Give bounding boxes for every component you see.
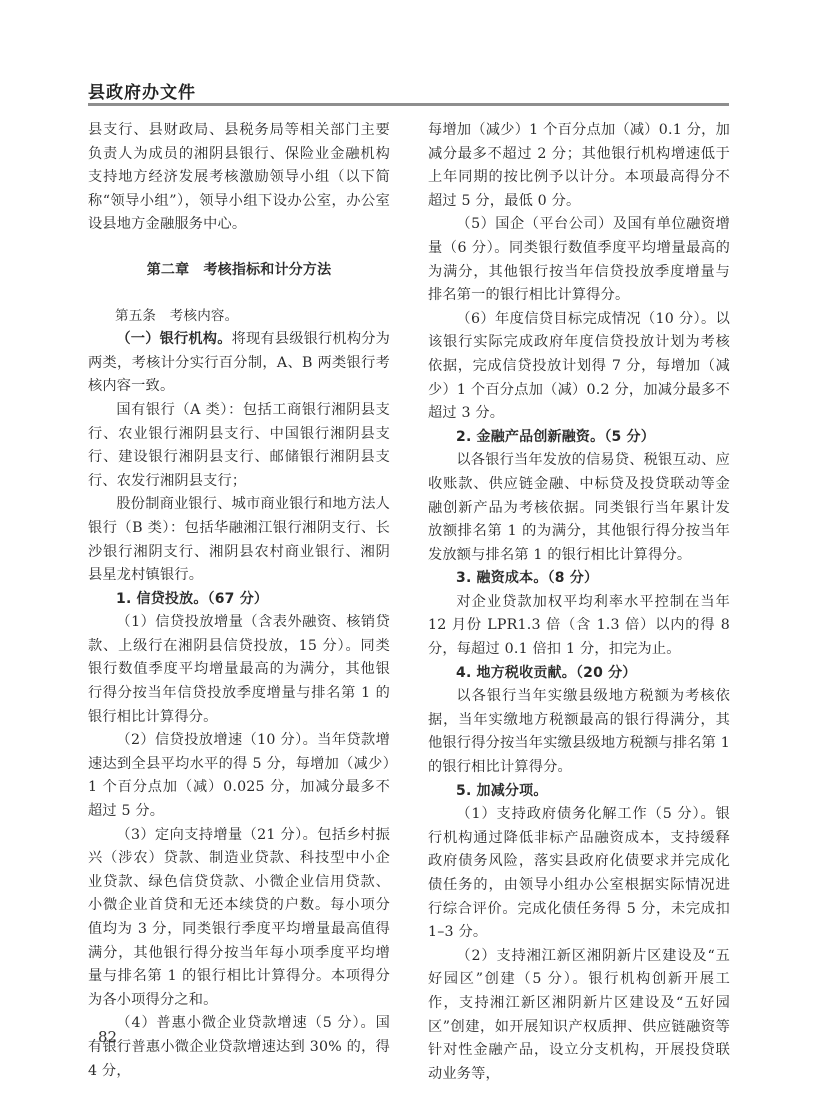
header-rule-divider xyxy=(88,103,729,106)
section-1-heading: （一）银行机构。 xyxy=(116,331,231,347)
item-4-heading: 4. 地方税收贡献。（20 分） xyxy=(428,662,730,686)
page-number: 82 xyxy=(98,1028,117,1046)
item-5-heading: 5. 加减分项。 xyxy=(428,780,730,804)
item-2-heading: 2. 金融产品创新融资。（5 分） xyxy=(428,426,730,450)
item-1-4-continued: 每增加（减少）1 个百分点加（减）0.1 分，加减分最多不超过 2 分；其他银行… xyxy=(428,119,730,213)
article-5-heading: 第五条 考核内容。 xyxy=(88,305,390,329)
class-b-paragraph: 股份制商业银行、城市商业银行和地方法人银行（B 类）：包括华融湘江银行湘阴支行、… xyxy=(88,493,390,587)
left-column: 县支行、县财政局、县税务局等相关部门主要负责人为成员的湘阴县银行、保险业金融机构… xyxy=(88,119,390,1083)
item-1-5-paragraph: （5）国企（平台公司）及国有单位融资增量（6 分）。同类银行数值季度平均增量最高… xyxy=(428,213,730,307)
item-1-6-paragraph: （6）年度信贷目标完成情况（10 分）。以该银行实际完成政府年度信贷投放计划为考… xyxy=(428,308,730,426)
item-5-1-paragraph: （1）支持政府债务化解工作（5 分）。银行机构通过降低非标产品融资成本，支持缓释… xyxy=(428,803,730,945)
running-header-title: 县政府办文件 xyxy=(88,78,196,103)
right-column: 每增加（减少）1 个百分点加（减）0.1 分，加减分最多不超过 2 分；其他银行… xyxy=(428,119,730,1086)
item-1-4-paragraph: （4）普惠小微企业贷款增速（5 分）。国有银行普惠小微企业贷款增速达到 30% … xyxy=(88,1012,390,1083)
class-a-paragraph: 国有银行（A 类）：包括工商银行湘阴县支行、农业银行湘阴县支行、中国银行湘阴县支… xyxy=(88,399,390,493)
item-1-1-paragraph: （1）信贷投放增量（含表外融资、核销贷款、上级行在湘阴县信贷投放，15 分）。同… xyxy=(88,611,390,729)
item-1-3-paragraph: （3）定向支持增量（21 分）。包括乡村振兴（涉农）贷款、制造业贷款、科技型中小… xyxy=(88,824,390,1013)
item-1-heading: 1. 信贷投放。（67 分） xyxy=(88,588,390,612)
section-1-paragraph: （一）银行机构。将现有县级银行机构分为两类，考核计分实行百分制，A、B 两类银行… xyxy=(88,328,390,399)
item-2-paragraph: 以各银行当年发放的信易贷、税银互动、应收账款、供应链金融、中标贷及投贷联动等金融… xyxy=(428,449,730,567)
chapter-heading: 第二章 考核指标和计分方法 xyxy=(88,259,390,283)
paragraph-continued: 县支行、县财政局、县税务局等相关部门主要负责人为成员的湘阴县银行、保险业金融机构… xyxy=(88,119,390,237)
item-1-2-paragraph: （2）信贷投放增速（10 分）。当年贷款增速达到全县平均水平的得 5 分，每增加… xyxy=(88,729,390,823)
item-5-2-paragraph: （2）支持湘江新区湘阴新片区建设及“五好园区”创建（5 分）。银行机构创新开展工… xyxy=(428,945,730,1087)
item-3-heading: 3. 融资成本。（8 分） xyxy=(428,567,730,591)
item-4-paragraph: 以各银行当年实缴县级地方税额为考核依据，当年实缴地方税额最高的银行得满分，其他银… xyxy=(428,685,730,779)
item-3-paragraph: 对企业贷款加权平均利率水平控制在当年 12 月份 LPR1.3 倍（含 1.3 … xyxy=(428,591,730,662)
